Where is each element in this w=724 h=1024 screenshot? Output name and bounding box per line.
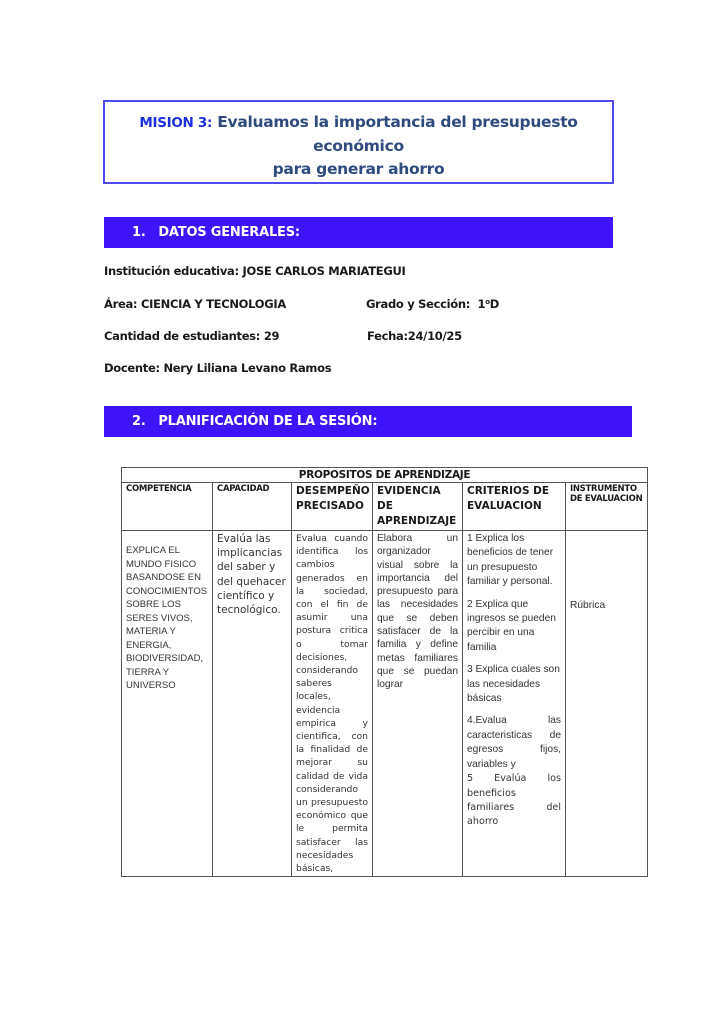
institucion-value: JOSE CARLOS MARIATEGUI	[243, 264, 406, 278]
fecha-label: Fecha:	[367, 329, 408, 343]
session-title-box: MISION 3: Evaluamos la importancia del p…	[103, 100, 614, 184]
criterio-item: 5 Evalúa los beneficios familiares del a…	[467, 772, 561, 830]
header-desempeno: DESEMPEÑO PRECISADO	[292, 483, 373, 531]
docente-field: Docente: Nery Liliana Levano Ramos	[104, 361, 331, 375]
section-label: PLANIFICACIÓN DE LA SESIÓN:	[158, 414, 377, 429]
cell-desempeno: Evalua cuando identifica los cambios gen…	[292, 531, 373, 877]
title-line-2: para generar ahorro	[105, 158, 612, 181]
docente-label: Docente:	[104, 361, 160, 375]
cell-instrumento: Rúbrica	[566, 531, 648, 877]
institucion-field: Institución educativa: JOSE CARLOS MARIA…	[104, 264, 406, 278]
area-label: Área:	[104, 297, 137, 311]
area-field: Área: CIENCIA Y TECNOLOGIA	[104, 297, 286, 311]
mision-label: MISION 3:	[139, 115, 212, 131]
header-criterios: CRITERIOS DE EVALUACION	[463, 483, 566, 531]
fecha-value: 24/10/25	[408, 329, 462, 343]
section-number: 1.	[132, 217, 154, 248]
header-evidencia: EVIDENCIA DE APRENDIZAJE	[373, 483, 463, 531]
cell-capacidad: Evalúa las implicancias del saber y del …	[213, 531, 292, 877]
cantidad-value: 29	[264, 329, 279, 343]
header-instrumento: INSTRUMENTO DE EVALUACION	[566, 483, 648, 531]
table-row: EXPLICA EL MUNDO FISICO BASANDOSE EN CON…	[122, 531, 648, 877]
grado-field: Grado y Sección: 1oD	[366, 297, 499, 311]
section-label: DATOS GENERALES:	[158, 225, 300, 240]
section-header-datos-generales: 1. DATOS GENERALES:	[104, 217, 613, 248]
section-number: 2.	[132, 406, 154, 437]
seccion-value: D	[490, 297, 499, 311]
header-competencia: COMPETENCIA	[122, 483, 213, 531]
table-caption: PROPOSITOS DE APRENDIZAJE	[122, 468, 648, 483]
cell-criterios: 1 Explica los beneficios de tener un pre…	[463, 531, 566, 877]
cell-evidencia: Elabora un organizador visual sobre la i…	[373, 531, 463, 877]
criterio-item: 2 Explica que ingresos se pueden percibi…	[467, 598, 561, 656]
docente-value: Nery Liliana Levano Ramos	[163, 361, 331, 375]
area-value: CIENCIA Y TECNOLOGIA	[141, 297, 286, 311]
criterio-item: 1 Explica los beneficios de tener un pre…	[467, 532, 561, 590]
grado-value: 1oD	[474, 297, 499, 311]
title-text-1: Evaluamos la importancia del presupuesto…	[217, 113, 577, 155]
cantidad-field: Cantidad de estudiantes: 29	[104, 329, 279, 343]
institucion-label: Institución educativa:	[104, 264, 239, 278]
criterio-item: 4.Evalua las caracteristicas de egresos …	[467, 714, 561, 772]
learning-purposes-table: PROPOSITOS DE APRENDIZAJE COMPETENCIA CA…	[121, 467, 648, 877]
cell-competencia: EXPLICA EL MUNDO FISICO BASANDOSE EN CON…	[122, 531, 213, 877]
criterio-item: 3 Explica cuales son las necesidades bás…	[467, 663, 561, 706]
header-capacidad: CAPACIDAD	[213, 483, 292, 531]
cantidad-label: Cantidad de estudiantes:	[104, 329, 260, 343]
title-line-1: MISION 3: Evaluamos la importancia del p…	[105, 111, 612, 158]
section-header-planificacion: 2. PLANIFICACIÓN DE LA SESIÓN:	[104, 406, 632, 437]
grado-label: Grado y Sección:	[366, 297, 470, 311]
fecha-field: Fecha:24/10/25	[367, 329, 462, 343]
